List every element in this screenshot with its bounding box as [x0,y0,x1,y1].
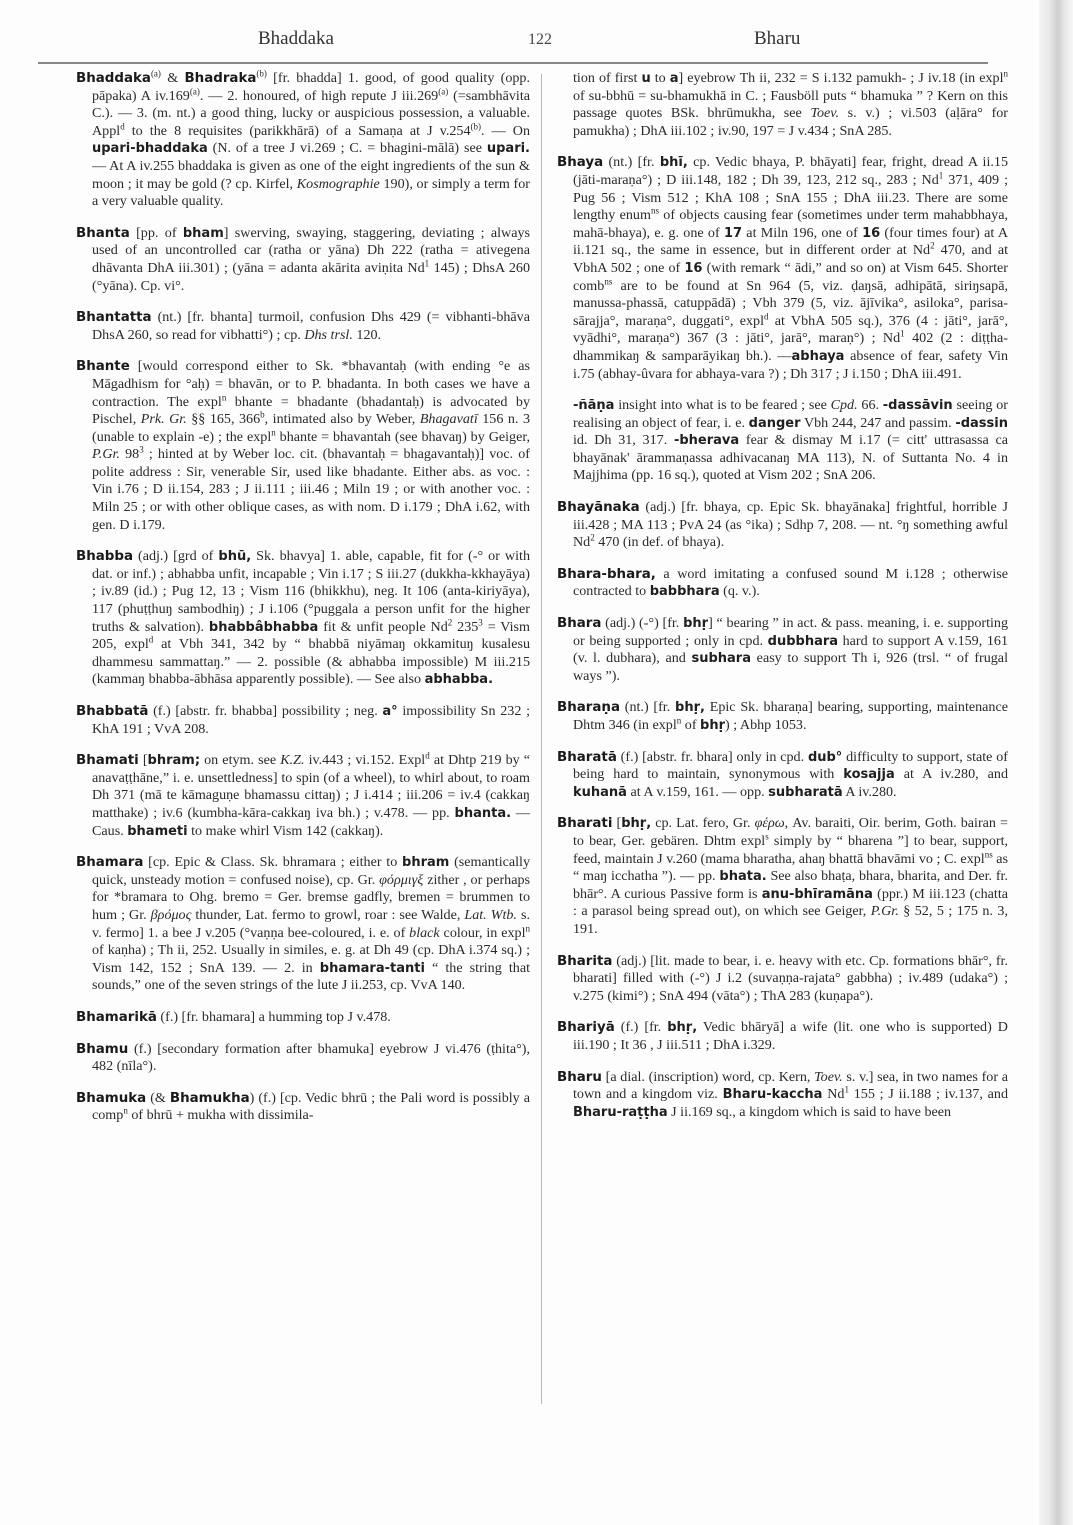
right-column: tion of first u to a] eyebrow Th ii, 232… [557,70,1008,1135]
italic-reference: Dhs trsl. [304,327,353,343]
dictionary-entry: -ñāṇa insight into what is to be feared … [557,397,1008,485]
dictionary-entry: Bhariyā (f.) [fr. bhṛ, Vedic bhāryā] a w… [557,1019,1008,1054]
dictionary-entry: Bharaṇa (nt.) [fr. bhṛ, Epic Sk. bharaṇa… [557,699,1008,734]
superscript: (a) [438,86,448,96]
entry-headword: Bharu [557,1070,602,1085]
entry-text: colour, in expl [440,925,526,941]
entry-headword: Bhamara [76,855,143,870]
left-column: Bhaddaka(a) & Bhadraka(b) [fr. bhadda] 1… [76,70,530,1139]
entry-headword: Bhara-bhara, [557,567,656,582]
entry-text: at A iv.280, and [895,766,1008,782]
dictionary-entry: Bhantatta (nt.) [fr. bhanta] turmoil, co… [76,309,530,344]
italic-reference: Lat. Wtb. [464,907,517,923]
bold-term: bhabbâbhabba [209,620,318,635]
bold-term: danger [749,416,801,431]
entry-text: , intimated also by Weber, [265,411,420,427]
bold-term: bhameti [127,824,187,839]
bold-term: 16 [862,226,880,241]
entry-text: Nd [822,1086,844,1102]
bold-term: -dassāvin [883,398,953,413]
dictionary-entry: Bhamara [cp. Epic & Class. Sk. bhramara … [76,854,530,995]
entry-text: (f.) [fr. bhamara] a humming top J v.478… [157,1009,391,1025]
entry-headword: Bhamuka [76,1091,146,1106]
entry-text: to [651,70,670,86]
entry-text: id. Dh 31, 317. [573,432,674,448]
entry-headword: Bhamarikā [76,1010,157,1025]
entry-text: ] eyebrow Th ii, 232 = S i.132 pamukh- ;… [679,70,1004,86]
entry-text: 66. [858,397,883,413]
italic-reference: Kosmographie [297,176,380,192]
dictionary-entry: Bhamuka (& Bhamukha) (f.) [cp. Vedic bhr… [76,1090,530,1125]
bold-term: bhata. [719,869,766,884]
entry-text: [ [139,752,148,768]
entry-text: . — On [481,123,530,139]
entry-text: (nt.) [fr. [603,154,660,170]
superscript: (a) [151,68,161,78]
entry-text: 470 (in def. of bhaya). [595,534,725,550]
dictionary-entry: Bhara (adj.) (-°) [fr. bhṛ] “ bearing ” … [557,615,1008,685]
entry-text: (f.) [abstr. fr. bhara] only in cpd. [617,749,808,765]
entry-text: (N. of a tree J vi.269 ; C. = bhagini-mā… [208,140,487,156]
bold-term: bhṛ, [675,700,705,715]
entry-text: §§ 165, 366 [187,411,260,427]
italic-reference: βρόμος [151,907,192,923]
entry-headword: Bhadraka [184,71,256,86]
dictionary-entry: Bhabba (adj.) [grd of bhū, Sk. bhavya] 1… [76,548,530,689]
bold-term: bhṛ [683,616,708,631]
entry-headword: Bhanta [76,226,130,241]
entry-text: at Miln 196, one of [742,225,862,241]
entry-text: to the 8 requisites (parikkhārā) of a Sa… [125,123,471,139]
entry-text: [cp. Epic & Class. Sk. bhramara ; either… [143,854,402,870]
page-number: 122 [528,31,552,49]
entry-text: fit & unfit people Nd [318,619,447,635]
bold-term: 16 [684,261,702,276]
entry-text: tion of first [573,70,641,86]
entry-headword: Bharati [557,816,612,831]
bold-term: bhī, [660,155,688,170]
bold-term: abhabba. [425,672,493,687]
bold-term: -ñāṇa [573,398,614,413]
dictionary-entry: Bhamu (f.) [secondary formation after bh… [76,1041,530,1076]
dictionary-entry: Bhamati [bhram; on etym. see K.Z. iv.443… [76,752,530,840]
entry-text: (& [146,1090,170,1106]
entry-headword: Bhante [76,359,130,374]
bold-term: subharatā [768,785,843,800]
italic-reference: Toev. [810,105,839,121]
entry-text: [pp. of [130,225,183,241]
italic-reference: P.Gr. [92,446,120,462]
page-header: Bhaddaka 122 Bharu [0,22,1073,62]
entry-text: 120. [353,327,381,343]
entry-text: (f.) [fr. [615,1019,668,1035]
bold-term: 17 [724,226,742,241]
dictionary-entry: Bharati [bhṛ, cp. Lat. fero, Gr. φέρω, A… [557,815,1008,938]
entry-headword: Bharita [557,954,612,969]
header-rule [38,62,988,64]
bold-term: upari-bhaddaka [92,141,208,156]
italic-reference: black [409,925,440,941]
bold-term: u [641,71,650,86]
bold-term: -dassin [955,416,1008,431]
superscript: (a) [190,86,200,96]
entry-text: J ii.169 sq., a kingdom which is said to… [668,1104,951,1120]
bold-term: dub° [808,750,842,765]
bold-term: abhaya [791,349,844,364]
entry-text: to make whirl Vism 142 (cakkaŋ). [188,823,384,839]
entry-text: (adj.) [grd of [133,548,218,564]
entry-text: 235 [452,619,478,635]
entry-text: 155 ; J ii.188 ; iv.137, and [849,1086,1008,1102]
dictionary-entry: Bhanta [pp. of bham] swerving, swaying, … [76,225,530,295]
italic-reference: Toev. [814,1069,843,1085]
entry-text: of [681,717,700,733]
italic-reference: Cpd. [831,397,858,413]
dictionary-entry: Bhamarikā (f.) [fr. bhamara] a humming t… [76,1009,530,1027]
bold-term: kosajja [843,767,894,782]
dictionary-entry: Bhabbatā (f.) [abstr. fr. bhabba] possib… [76,703,530,738]
bold-term: bhamara-tanti [320,961,425,976]
entry-headword: Bhamukha [170,1091,250,1106]
bold-term: dubbhara [768,634,838,649]
superscript: n [1004,68,1009,78]
entry-headword: Bhara [557,616,601,631]
entry-text: cp. Lat. fero, Gr. [651,815,754,831]
entry-text: iv.443 ; vi.152. Expl [304,752,425,768]
entry-text: A iv.280. [843,784,897,800]
bold-term: -bherava [674,433,739,448]
entry-headword: Bharaṇa [557,700,620,715]
entry-text: . — 2. honoured, of high repute J iii.26… [200,88,438,104]
entry-text: (adj.) (-°) [fr. [601,615,683,631]
entry-text: (q. v.). [720,583,760,599]
dictionary-entry: Bharu [a dial. (inscription) word, cp. K… [557,1069,1008,1122]
entry-headword: Bhaddaka [76,71,151,86]
italic-reference: φόρμιγξ [379,872,423,888]
entry-text: thunder, Lat. fermo to growl, roar : see… [191,907,464,923]
bold-term: a [670,71,679,86]
superscript: (b) [256,68,267,78]
entry-text: at A v.159, 161. — opp. [627,784,768,800]
bold-term: bhṛ [700,718,725,733]
entry-headword: Bhamu [76,1042,128,1057]
bold-term: babbhara [650,584,720,599]
italic-reference: Bhagavatī [420,411,478,427]
entry-headword: Bhabbatā [76,704,148,719]
entry-text: & [161,70,185,86]
dictionary-entry: Bhaddaka(a) & Bhadraka(b) [fr. bhadda] 1… [76,70,530,211]
entry-text: [a dial. (inscription) word, cp. Kern, [602,1069,814,1085]
entry-text: (adj.) [lit. made to bear, i. e. heavy w… [573,953,1008,1004]
bold-term: bhṛ, [667,1020,697,1035]
bold-term: bham [183,226,224,241]
dictionary-entry: Bhara-bhara, a word imitating a confused… [557,566,1008,601]
dictionary-entry: Bhante [would correspond either to Sk. *… [76,358,530,534]
italic-reference: P.Gr. [871,903,899,919]
bold-term: upari. [487,141,530,156]
dictionary-entry: Bharatā (f.) [abstr. fr. bhara] only in … [557,749,1008,802]
dictionary-entry: tion of first u to a] eyebrow Th ii, 232… [557,70,1008,140]
bold-term: bhanta. [455,806,512,821]
superscript: n [526,923,531,933]
entry-text: ) ; Abhp 1053. [725,717,806,733]
bold-term: a° [382,704,397,719]
column-divider [541,74,542,1404]
right-running-headword: Bharu [754,28,800,50]
italic-reference: φέρω [755,815,785,831]
bold-term: anu-bhīramāna [762,887,873,902]
superscript: (b) [471,121,482,131]
entry-headword: Bhantatta [76,310,152,325]
entry-text: Vbh 244, 247 and passim. [801,415,956,431]
dictionary-entry: Bharita (adj.) [lit. made to bear, i. e.… [557,953,1008,1006]
entry-text: of bhrū + mukha with dissimila- [128,1107,314,1123]
entry-text: insight into what is to be feared ; see [614,397,830,413]
bold-term: bhram; [148,753,201,768]
bold-term: Bharu-kaccha [723,1087,823,1102]
entry-text: (f.) [secondary formation after bhamuka]… [92,1041,530,1075]
entry-text: [ [612,815,621,831]
bold-term: Bharu-raṭṭha [573,1105,668,1120]
bold-term: kuhanā [573,785,627,800]
bold-term: bhṛ, [621,816,651,831]
dictionary-entry: Bhayānaka (adj.) [fr. bhaya, cp. Epic Sk… [557,499,1008,552]
entry-headword: Bhayānaka [557,500,640,515]
entry-text: ; hinted at by Weber loc. cit. (bhavanta… [92,446,530,532]
entry-text: bhante = bhavantah (see bhavaŋ) by Geige… [276,429,530,445]
entry-text: (nt.) [fr. [620,699,675,715]
entry-headword: Bharatā [557,750,617,765]
italic-reference: K.Z. [280,752,304,768]
entry-headword: Bhariyā [557,1020,615,1035]
bold-term: bhram [402,855,449,870]
entry-headword: Bhabba [76,549,133,564]
entry-headword: Bhamati [76,753,139,768]
bold-term: subhara [691,651,751,666]
entry-text: 98 [120,446,139,462]
left-running-headword: Bhaddaka [258,28,334,50]
book-spine-gutter [1039,0,1073,1525]
superscript: ns [985,849,993,859]
entry-text: (f.) [abstr. fr. bhabba] possibility ; n… [148,703,382,719]
bold-term: bhū, [218,549,251,564]
dictionary-entry: Bhaya (nt.) [fr. bhī, cp. Vedic bhaya, P… [557,154,1008,383]
superscript: ns [651,205,659,215]
entry-headword: Bhaya [557,155,603,170]
italic-reference: Prk. Gr. [141,411,187,427]
entry-text: on etym. see [200,752,280,768]
